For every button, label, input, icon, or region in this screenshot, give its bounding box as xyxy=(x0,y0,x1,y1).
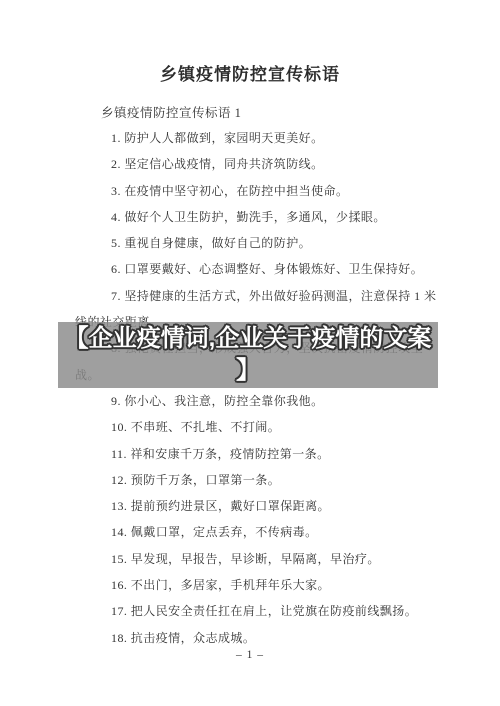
page-number: – 1 – xyxy=(0,649,500,661)
document-line: 6. 口罩要戴好、心态调整好、身体锻炼好、卫生保持好。 xyxy=(0,256,500,282)
document-subtitle: 乡镇疫情防控宣传标语 1 xyxy=(101,103,241,121)
document-line: 1. 防护人人都做到，家园明天更美好。 xyxy=(0,125,500,151)
document-line: 14. 佩戴口罩，定点丢弃，不传病毒。 xyxy=(0,519,500,545)
document-line: 7. 坚持健康的生活方式，外出做好验码测温，注意保持 1 米 xyxy=(0,283,500,309)
document-line: 10. 不串班、不扎堆、不打闹。 xyxy=(0,414,500,440)
document-line: 2. 坚定信心战疫情，同舟共济筑防线。 xyxy=(0,151,500,177)
document-line: 11. 祥和安康千万条，疫情防控第一条。 xyxy=(0,441,500,467)
document-line: 17. 把人民安全责任扛在肩上，让党旗在防疫前线飘扬。 xyxy=(0,598,500,624)
document-line: 18. 抗击疫情，众志成城。 xyxy=(0,625,500,651)
document-page: 乡镇疫情防控宣传标语 乡镇疫情防控宣传标语 1 1. 防护人人都做到，家园明天更… xyxy=(0,0,500,706)
watermark-title-line1: 【企业疫情词,企业关于疫情的文案 xyxy=(65,323,432,355)
document-line: 3. 在疫情中坚守初心，在防控中担当使命。 xyxy=(0,178,500,204)
document-line: 15. 早发现，早报告，早诊断，早隔离，早治疗。 xyxy=(0,546,500,572)
document-line: 5. 重视自身健康，做好自己的防护。 xyxy=(0,230,500,256)
watermark-title-line2: 】 xyxy=(236,355,260,387)
document-line: 13. 提前预约进景区，戴好口罩保距离。 xyxy=(0,493,500,519)
document-line: 4. 做好个人卫生防护，勤洗手，多通风，少揉眼。 xyxy=(0,204,500,230)
document-title: 乡镇疫情防控宣传标语 xyxy=(0,60,500,85)
watermark-overlay-band: 【企业疫情词,企业关于疫情的文案 】 xyxy=(58,322,438,388)
document-line: 16. 不出门，多居家，手机拜年乐大家。 xyxy=(0,572,500,598)
document-line: 12. 预防千万条，口罩第一条。 xyxy=(0,467,500,493)
document-line: 9. 你小心、我注意，防控全靠你我他。 xyxy=(0,388,500,414)
